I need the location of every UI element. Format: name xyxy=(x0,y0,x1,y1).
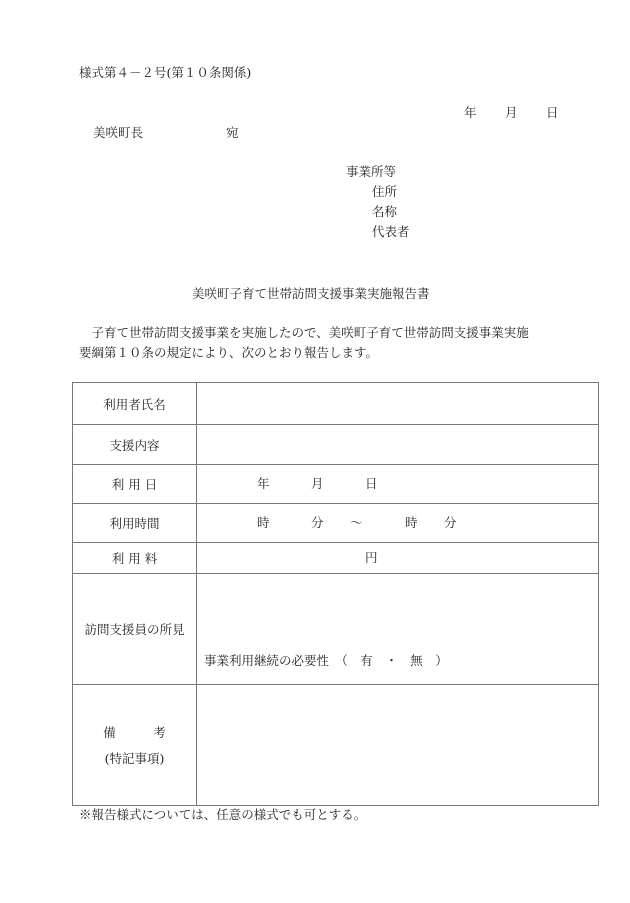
field-use-fee[interactable]: 円 xyxy=(197,543,599,574)
row-support-content: 支援内容 xyxy=(73,425,599,465)
label-use-time: 利用時間 xyxy=(73,504,197,543)
sender-name-label: 名称 xyxy=(372,206,397,219)
report-table: 利用者氏名 支援内容 利 用 日 年 月 日 利用時間 時 分 ～ 時 分 利 … xyxy=(72,382,599,806)
row-visitor-opinion: 訪問支援員の所見 事業利用継続の必要性 （ 有 ・ 無 ） xyxy=(73,574,599,685)
use-time-hour-end: 時 xyxy=(405,517,418,530)
use-time-minute-end: 分 xyxy=(444,517,457,530)
field-visitor-opinion[interactable]: 事業利用継続の必要性 （ 有 ・ 無 ） xyxy=(197,574,599,685)
sender-address-label: 住所 xyxy=(372,186,397,199)
footnote: ※報告様式については、任意の様式でも可とする。 xyxy=(79,809,366,822)
date-day: 日 xyxy=(546,107,559,120)
use-time-minute-start: 分 xyxy=(311,517,324,530)
row-use-fee: 利 用 料 円 xyxy=(73,543,599,574)
label-use-date: 利 用 日 xyxy=(73,465,197,504)
sender-heading: 事業所等 xyxy=(346,166,396,179)
field-use-date[interactable]: 年 月 日 xyxy=(197,465,599,504)
label-support-content: 支援内容 xyxy=(73,425,197,465)
label-use-fee: 利 用 料 xyxy=(73,543,197,574)
use-time-hour-start: 時 xyxy=(257,517,270,530)
field-use-time[interactable]: 時 分 ～ 時 分 xyxy=(197,504,599,543)
use-date-year: 年 xyxy=(257,478,270,491)
sender-representative-label: 代表者 xyxy=(372,226,410,239)
addressee-suffix: 宛 xyxy=(226,127,239,140)
body-line-1: 子育て世帯訪問支援事業を実施したので、美咲町子育て世帯訪問支援事業実施 xyxy=(79,327,529,340)
row-user-name: 利用者氏名 xyxy=(73,383,599,425)
use-date-day: 日 xyxy=(365,478,378,491)
continuation-necessity: 事業利用継続の必要性 （ 有 ・ 無 ） xyxy=(204,655,448,668)
row-remarks: 備 考 (特記事項) xyxy=(73,685,599,806)
remarks-sublabel: (特記事項) xyxy=(73,749,196,767)
label-user-name: 利用者氏名 xyxy=(73,383,197,425)
use-date-month: 月 xyxy=(311,478,324,491)
addressee-name: 美咲町長 xyxy=(93,127,143,140)
row-use-date: 利 用 日 年 月 日 xyxy=(73,465,599,504)
body-line-2: 要綱第１０条の規定により、次のとおり報告します。 xyxy=(79,347,378,360)
date-month: 月 xyxy=(505,107,518,120)
field-user-name[interactable] xyxy=(197,383,599,425)
date-year: 年 xyxy=(464,107,477,120)
form-number: 様式第４－２号(第１０条関係) xyxy=(79,67,251,80)
label-remarks: 備 考 (特記事項) xyxy=(73,685,197,806)
use-fee-yen: 円 xyxy=(365,552,378,565)
row-use-time: 利用時間 時 分 ～ 時 分 xyxy=(73,504,599,543)
document-title: 美咲町子育て世帯訪問支援事業実施報告書 xyxy=(192,288,430,301)
remarks-label: 備 考 xyxy=(73,723,196,741)
use-time-tilde: ～ xyxy=(350,517,363,530)
label-visitor-opinion: 訪問支援員の所見 xyxy=(73,574,197,685)
field-remarks[interactable] xyxy=(197,685,599,806)
field-support-content[interactable] xyxy=(197,425,599,465)
